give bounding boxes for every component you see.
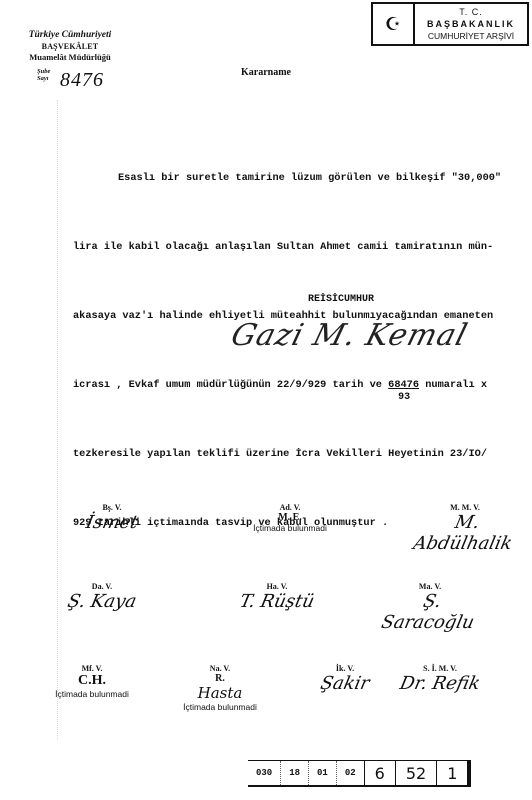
document-title: Kararname <box>0 67 532 78</box>
minister-initials: C.H. <box>42 673 142 689</box>
minister-absent-note: İçtimada bulunmadi <box>165 702 275 712</box>
minister-signature: Dr. Refik <box>388 673 492 694</box>
letterhead-line-3: Muamelât Müdürlüğü <box>20 52 120 63</box>
minister-signature: T. Rüştü <box>220 591 334 612</box>
minister-signature: Ş. Kaya <box>60 591 144 612</box>
letterhead-line-1: Türkiye Cümhuriyeti <box>20 30 120 41</box>
body-line-text: icrası , Evkaf umum müdürlüğünün 22/9/92… <box>73 379 388 391</box>
document-page: Türkiye Cümhuriyeti BAŞVEKÂLET Muamelât … <box>0 0 532 800</box>
stamp-line-2: BAŞBAKANLIK <box>415 18 527 30</box>
minister-mm: M. M. V. M. Abdülhalik <box>410 503 520 554</box>
minister-signature: Ş. Saracoğlu <box>371 591 490 633</box>
president-signature: Gazi M. Kemal <box>227 318 471 353</box>
minister-signature: Şakir <box>298 673 392 694</box>
minister-role: Na. V. <box>165 664 275 673</box>
body-line: icrası , Evkaf umum müdürlüğünün 22/9/92… <box>73 374 520 397</box>
minister-absent-note: İçtimada bulunmadi <box>235 523 345 533</box>
reference-denominator: 93 <box>398 386 410 409</box>
president-title: REİSİCUMHUR <box>308 294 374 305</box>
minister-ad: Ad. V. M. E. İçtimada bulunmadi <box>235 503 345 533</box>
letterhead: Türkiye Cümhuriyeti BAŞVEKÂLET Muamelât … <box>20 30 120 63</box>
catalog-code: 030 <box>248 761 281 785</box>
minister-initials: R. <box>165 673 275 684</box>
catalog-code: 18 <box>281 761 309 785</box>
minister-role: Ha. V. <box>222 582 332 591</box>
minister-handwritten-note: Hasta <box>165 684 275 702</box>
minister-role: S. İ. M. V. <box>390 664 490 673</box>
body-line: lira ile kabil olacağı anlaşılan Sultan … <box>73 236 520 259</box>
reference-number: 6847693 <box>388 374 419 397</box>
archive-stamp: ☪ T. C. BAŞBAKANLIK CUMHURİYET ARŞİVİ <box>371 2 529 46</box>
body-line: Esaslı bir suretle tamirine lüzum görüle… <box>80 167 520 190</box>
minister-role: Bş. V. <box>72 503 152 512</box>
catalog-box: 6 <box>365 761 396 785</box>
minister-bs: Bş. V. İsmet <box>72 503 152 533</box>
stamp-line-3: CUMHURİYET ARŞİVİ <box>415 30 527 42</box>
stamp-line-1: T. C. <box>415 6 527 18</box>
minister-role: İk. V. <box>300 664 390 673</box>
catalog-file: 52 <box>396 761 437 785</box>
minister-initials: M. E. <box>235 512 345 523</box>
minister-role: M. M. V. <box>410 503 520 512</box>
minister-da: Da. V. Ş. Kaya <box>62 582 142 612</box>
archive-catalog-strip: 030 18 01 02 6 52 1 <box>248 760 471 787</box>
letterhead-line-2: BAŞVEKÂLET <box>20 41 120 52</box>
minister-absent-note: İçtimada bulunmadi <box>42 689 142 699</box>
minister-ik: İk. V. Şakir <box>300 664 390 694</box>
minister-role: Mf. V. <box>42 664 142 673</box>
minister-ha: Ha. V. T. Rüştü <box>222 582 332 612</box>
minister-signature: M. Abdülhalik <box>406 512 525 554</box>
body-line: tezkeresile yapılan teklifi üzerine İcra… <box>73 443 520 466</box>
minister-role: Da. V. <box>62 582 142 591</box>
crescent-star-icon: ☪ <box>373 4 415 44</box>
minister-sim: S. İ. M. V. Dr. Refik <box>390 664 490 694</box>
scan-edge-line <box>57 100 58 740</box>
catalog-code: 02 <box>337 761 365 785</box>
catalog-code: 01 <box>309 761 337 785</box>
minister-ma: Ma. V. Ş. Saracoğlu <box>375 582 485 633</box>
minister-na: Na. V. R. Hasta İçtimada bulunmadi <box>165 664 275 712</box>
minister-mf: Mf. V. C.H. İçtimada bulunmadi <box>42 664 142 699</box>
minister-role: Ad. V. <box>235 503 345 512</box>
catalog-item: 1 <box>437 761 471 785</box>
minister-role: Ma. V. <box>375 582 485 591</box>
body-line-suffix: numaralı x <box>419 379 487 391</box>
minister-signature: İsmet <box>70 512 154 533</box>
